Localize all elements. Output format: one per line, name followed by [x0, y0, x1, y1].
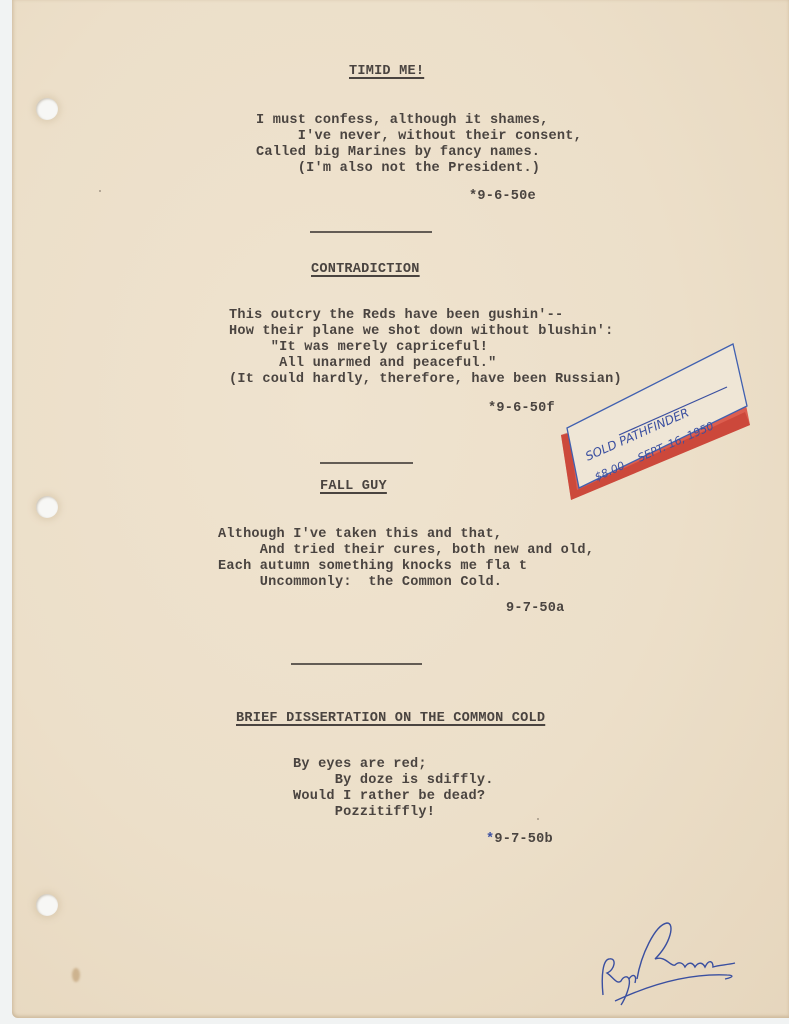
section-divider	[320, 462, 413, 464]
author-signature: Ray Romine	[595, 915, 745, 1010]
binder-hole	[36, 496, 58, 518]
poem-date: *9-6-50e	[469, 189, 536, 205]
binder-hole	[36, 894, 58, 916]
poem-date: *9-6-50f	[488, 401, 555, 417]
poem-line: (I'm also not the President.)	[256, 161, 540, 177]
poem-line: Called big Marines by fancy names.	[256, 145, 540, 161]
poem-line: Although I've taken this and that,	[218, 527, 502, 543]
paper-speck	[99, 190, 101, 192]
poem-title-fall-guy: FALL GUY	[320, 479, 387, 495]
poem-title-timid-me: TIMID ME!	[349, 64, 424, 80]
poem-line: How their plane we shot down without blu…	[229, 324, 613, 340]
section-divider	[291, 663, 422, 665]
paper-speck	[537, 818, 539, 820]
poem-line: Would I rather be dead?	[293, 789, 485, 805]
sold-annotation-tag: SOLD PATHFINDER $8.00 SEPT. 16, 1950	[555, 340, 755, 505]
section-divider	[310, 231, 432, 233]
poem-line: And tried their cures, both new and old,	[218, 543, 594, 559]
poem-title-brief-dissertation: BRIEF DISSERTATION ON THE COMMON COLD	[236, 711, 545, 727]
poem-line: All unarmed and peaceful."	[229, 356, 496, 372]
poem-line: By eyes are red;	[293, 757, 427, 773]
poem-line: "It was merely capriceful!	[229, 340, 488, 356]
poem-date: *9-7-50b	[486, 832, 553, 848]
poem-line: This outcry the Reds have been gushin'--	[229, 308, 563, 324]
binder-hole	[36, 98, 58, 120]
paper-stain	[72, 968, 80, 982]
poem-line: I must confess, although it shames,	[256, 113, 549, 129]
poem-line: Uncommonly: the Common Cold.	[218, 575, 502, 591]
poem-line: Pozzitiffly!	[293, 805, 435, 821]
poem-line: I've never, without their consent,	[256, 129, 582, 145]
poem-date: 9-7-50a	[506, 601, 565, 617]
poem-title-contradiction: CONTRADICTION	[311, 262, 420, 278]
poem-line: By doze is sdiffly.	[293, 773, 494, 789]
poem-line: Each autumn something knocks me fla t	[218, 559, 527, 575]
